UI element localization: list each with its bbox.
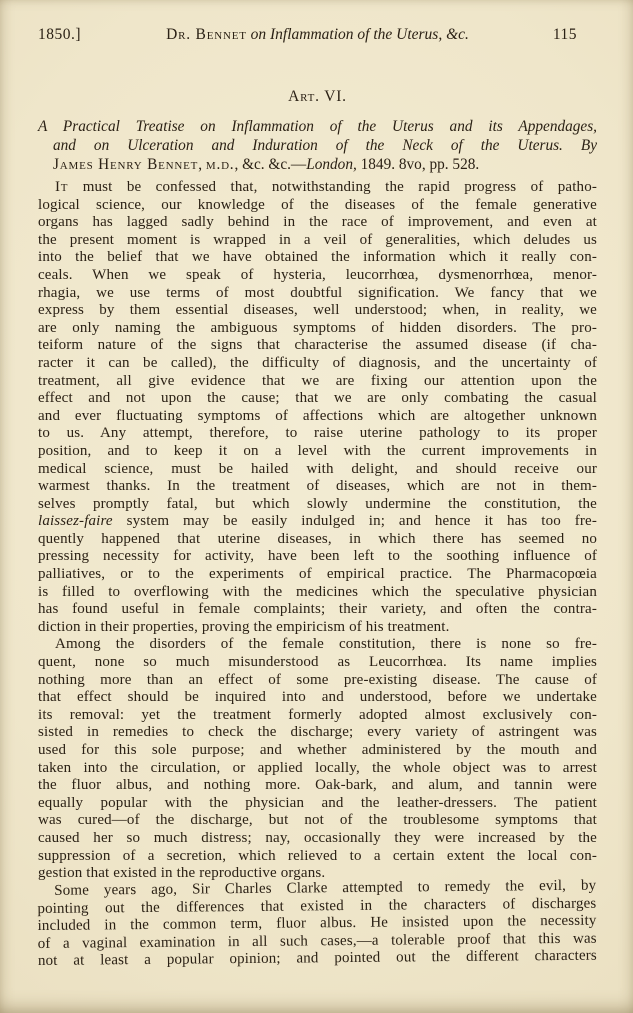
text-segment: rhagia, we use terms of most doubtful si… bbox=[38, 285, 597, 301]
article-body: It must be confessed that, notwithstandi… bbox=[38, 179, 597, 971]
text-segment: and on Ulceration and Induration of the … bbox=[53, 137, 597, 154]
text-segment: its removal: yet the treatment formerly … bbox=[38, 707, 597, 723]
text-line: teiform nature of the signs that charact… bbox=[38, 337, 597, 355]
text-line: selves promptly fatal, but which slowly … bbox=[38, 496, 597, 514]
text-segment: was cured—of the discharge, but not of t… bbox=[38, 812, 597, 828]
text-line: palliatives, or to the experiments of em… bbox=[38, 566, 597, 584]
text-segment: suppression of a secretion, which reliev… bbox=[38, 848, 597, 864]
text-segment: taken into the circulation, or applied l… bbox=[38, 760, 597, 776]
text-line: nothing more than an effect of some pre-… bbox=[38, 672, 597, 690]
paragraph: Some years ago, Sir Charles Clarke attem… bbox=[37, 877, 597, 970]
text-segment: to us. Any attempt, therefore, to raise … bbox=[38, 425, 597, 441]
text-line: quently happened that uterine diseases, … bbox=[38, 531, 597, 549]
citation-line: and on Ulceration and Induration of the … bbox=[38, 136, 597, 155]
text-line: quent, none so much misunderstood as Leu… bbox=[38, 654, 597, 672]
text-segment: nothing more than an effect of some pre-… bbox=[38, 672, 597, 688]
text-line: is filled to overflowing with the medici… bbox=[38, 584, 597, 602]
text-line: diction in their properties, proving the… bbox=[38, 619, 597, 637]
text-segment: medical science, must be hailed with del… bbox=[38, 461, 597, 477]
text-segment: gestion that existed in the reproductive… bbox=[38, 865, 325, 881]
text-segment: sisted in remedies to check the discharg… bbox=[38, 724, 597, 740]
text-segment: is filled to overflowing with the medici… bbox=[38, 584, 597, 600]
text-line: used for this sole purpose; and whether … bbox=[38, 742, 597, 760]
text-segment: must be confessed that, notwithstanding … bbox=[68, 179, 597, 195]
text-line: warmest thanks. In the treatment of dise… bbox=[38, 478, 597, 496]
text-line: ceals. When we speak of hysteria, leucor… bbox=[38, 267, 597, 285]
text-line: caused her so much distress; nay, occasi… bbox=[38, 830, 597, 848]
article-heading: Art. VI. bbox=[38, 88, 597, 106]
text-segment: effect and not upon the cause; that we a… bbox=[38, 390, 597, 406]
text-segment: quent, none so much misunderstood as Leu… bbox=[38, 654, 597, 670]
text-segment: A Practical Treatise on Inflammation of … bbox=[38, 118, 597, 135]
text-segment: It bbox=[55, 179, 68, 195]
text-line: its removal: yet the treatment formerly … bbox=[38, 707, 597, 725]
text-segment: system may be easily indulged in; and he… bbox=[113, 513, 597, 529]
text-line: express by them essential diseases, well… bbox=[38, 302, 597, 320]
text-segment: , &c. &c.— bbox=[234, 156, 306, 173]
text-segment: warmest thanks. In the treatment of dise… bbox=[38, 478, 597, 494]
text-segment: logical science, our knowledge of the di… bbox=[38, 197, 597, 213]
text-line: organs has lagged sadly behind in the ra… bbox=[38, 214, 597, 232]
text-segment: organs has lagged sadly behind in the ra… bbox=[38, 214, 597, 230]
text-segment: diction in their properties, proving the… bbox=[38, 619, 450, 635]
text-line: into the belief that we have obtained th… bbox=[38, 249, 597, 267]
running-title: Dr. Bennet on Inflammation of the Uterus… bbox=[122, 26, 513, 44]
text-segment: laissez-faire bbox=[38, 513, 113, 529]
text-segment: Dr. Bennet bbox=[166, 26, 247, 43]
text-line: pressing necessity for activity, have be… bbox=[38, 548, 597, 566]
text-segment: on Inflammation of the Uterus, &c. bbox=[247, 26, 469, 43]
text-segment: express by them essential diseases, well… bbox=[38, 302, 597, 318]
text-line: position, and to keep it on a level with… bbox=[38, 443, 597, 461]
text-line: the fluor albus, and nothing more. Oak-b… bbox=[38, 777, 597, 795]
running-header: 1850.] Dr. Bennet on Inflammation of the… bbox=[38, 26, 597, 45]
text-segment: position, and to keep it on a level with… bbox=[38, 443, 597, 459]
citation-line: James Henry Bennet, m.d., &c. &c.—London… bbox=[38, 155, 597, 174]
text-line: It must be confessed that, notwithstandi… bbox=[38, 179, 597, 197]
text-segment: Art. VI. bbox=[288, 88, 347, 105]
text-line: laissez-faire system may be easily indul… bbox=[38, 513, 597, 531]
text-segment: selves promptly fatal, but which slowly … bbox=[38, 496, 597, 512]
citation-line: A Practical Treatise on Inflammation of … bbox=[38, 117, 597, 136]
text-segment: has found useful in female complaints; t… bbox=[38, 601, 597, 617]
text-segment: 1849. 8vo, pp. 528. bbox=[357, 156, 479, 173]
text-line: suppression of a secretion, which reliev… bbox=[38, 848, 597, 866]
text-segment: used for this sole purpose; and whether … bbox=[38, 742, 597, 758]
text-line: sisted in remedies to check the discharg… bbox=[38, 724, 597, 742]
text-line: racter it can be called), the difficulty… bbox=[38, 355, 597, 373]
text-line: logical science, our knowledge of the di… bbox=[38, 197, 597, 215]
text-segment: racter it can be called), the difficulty… bbox=[38, 355, 597, 371]
text-line: Among the disorders of the female consti… bbox=[38, 636, 597, 654]
text-segment: London, bbox=[306, 156, 357, 173]
text-segment: equally popular with the physician and t… bbox=[38, 795, 597, 811]
text-segment: caused her so much distress; nay, occasi… bbox=[38, 830, 597, 846]
text-segment: pressing necessity for activity, have be… bbox=[38, 548, 597, 564]
text-segment: teiform nature of the signs that charact… bbox=[38, 337, 597, 353]
text-line: that effect should be inquired into and … bbox=[38, 689, 597, 707]
text-line: the present moment is wrapped in a veil … bbox=[38, 232, 597, 250]
text-segment: the present moment is wrapped in a veil … bbox=[38, 232, 597, 248]
text-segment: quently happened that uterine diseases, … bbox=[38, 531, 597, 547]
text-segment: treatment, all give evidence that we are… bbox=[38, 373, 597, 389]
text-line: treatment, all give evidence that we are… bbox=[38, 373, 597, 391]
text-segment: into the belief that we have obtained th… bbox=[38, 249, 597, 265]
journal-page: 1850.] Dr. Bennet on Inflammation of the… bbox=[0, 0, 633, 1013]
text-line: has found useful in female complaints; t… bbox=[38, 601, 597, 619]
text-segment: that effect should be inquired into and … bbox=[38, 689, 597, 705]
text-segment: James Henry Bennet bbox=[53, 156, 198, 173]
text-segment: and ever fluctuating symptoms of affecti… bbox=[38, 408, 597, 424]
page-number: 115 bbox=[513, 26, 597, 44]
text-line: taken into the circulation, or applied l… bbox=[38, 760, 597, 778]
citation-block: A Practical Treatise on Inflammation of … bbox=[38, 117, 597, 174]
text-segment: ceals. When we speak of hysteria, leucor… bbox=[38, 267, 597, 283]
text-line: rhagia, we use terms of most doubtful si… bbox=[38, 285, 597, 303]
header-date: 1850.] bbox=[38, 26, 122, 44]
text-line: to us. Any attempt, therefore, to raise … bbox=[38, 425, 597, 443]
text-line: was cured—of the discharge, but not of t… bbox=[38, 812, 597, 830]
text-line: are only naming the ambiguous symptoms o… bbox=[38, 320, 597, 338]
text-line: equally popular with the physician and t… bbox=[38, 795, 597, 813]
text-segment: , bbox=[198, 156, 206, 173]
text-segment: palliatives, or to the experiments of em… bbox=[38, 566, 597, 582]
paragraph: It must be confessed that, notwithstandi… bbox=[38, 179, 597, 636]
text-line: medical science, must be hailed with del… bbox=[38, 461, 597, 479]
text-segment: are only naming the ambiguous symptoms o… bbox=[38, 320, 597, 336]
text-segment: the fluor albus, and nothing more. Oak-b… bbox=[38, 777, 597, 793]
text-line: and ever fluctuating symptoms of affecti… bbox=[38, 408, 597, 426]
paragraph: Among the disorders of the female consti… bbox=[38, 636, 597, 882]
text-segment: Among the disorders of the female consti… bbox=[55, 636, 597, 652]
text-line: effect and not upon the cause; that we a… bbox=[38, 390, 597, 408]
text-segment: m.d. bbox=[206, 156, 235, 173]
